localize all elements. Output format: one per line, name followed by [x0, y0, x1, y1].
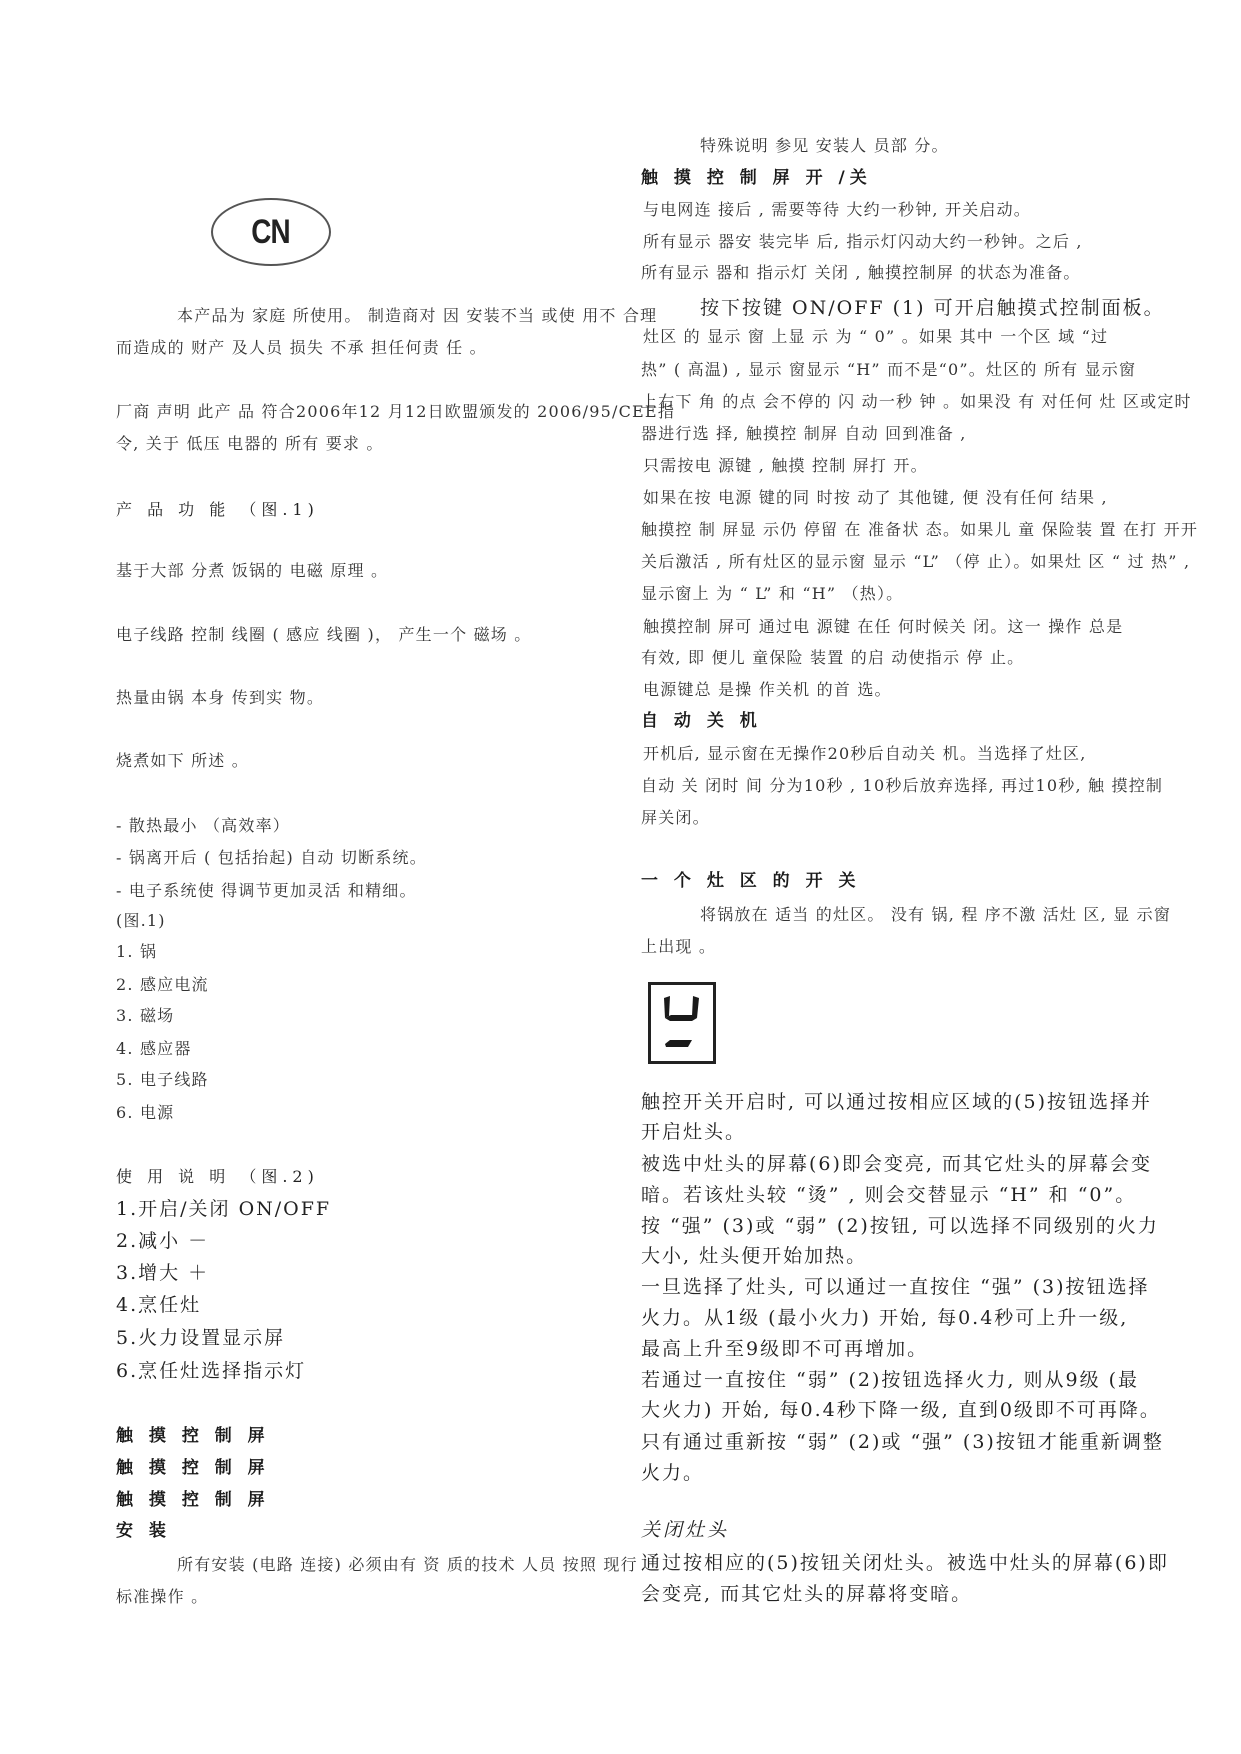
declaration-line-2: 令, 关于 低压 电器的 所有 要求 。	[116, 434, 384, 454]
install-text-line-1: 所有安装 (电路 连接) 必须由有 资 质的技术 人员 按照 现行	[177, 1555, 638, 1575]
features-paragraph-1: 基于大部 分煮 饭锅的 电磁 原理 。	[116, 561, 388, 581]
cn-badge-label: CN	[252, 213, 291, 252]
special-note: 特殊说明 参见 安装人 员部 分。	[700, 136, 949, 156]
press-key-line: 按下按键 ON/OFF (1) 可开启触摸式控制面板。	[700, 296, 1165, 320]
select-line-9: 最高上升至9级即不可再增加。	[641, 1337, 928, 1361]
select-line-6: 大小, 灶头便开始加热。	[641, 1244, 867, 1268]
touch-panel-heading-3: 触 摸 控 制 屏	[116, 1490, 270, 1510]
select-line-7: 一旦选择了灶头, 可以通过一直按住 “强” (3)按钮选择	[641, 1275, 1150, 1299]
close-burner-heading: 关闭灶头	[641, 1520, 729, 1540]
intro-line-1: 本产品为 家庭 所使用。 制造商对 因 安装不当 或使 用不 合理	[177, 306, 657, 326]
display-line-9: 显示窗上 为 “ L” 和 “H” （热）。	[641, 584, 903, 604]
display-line-11: 有效, 即 便儿 童保险 装置 的启 动使指示 停 止。	[641, 648, 1024, 668]
zone-line-1: 将锅放在 适当 的灶区。 没有 锅, 程 序不激 活灶 区, 显 示窗	[700, 905, 1171, 925]
display-line-7: 触摸控 制 屏显 示仍 停留 在 准备状 态。如果儿 童 保险装 置 在打 开开	[641, 520, 1198, 540]
usage-item-3: 3.增大 ＋	[116, 1261, 209, 1285]
onoff-line-3: 所有显示 器和 指示灯 关闭 , 触摸控制屏 的状态为准备。	[641, 263, 1081, 283]
bullet-1: - 散热最小 （高效率）	[116, 816, 290, 836]
pan-absent-display-icon	[648, 982, 716, 1064]
figure1-item-5: 5. 电子线路	[116, 1070, 209, 1090]
declaration-line-1: 厂商 声明 此产 品 符合2006年12 月12日欧盟颁发的 2006/95/C…	[116, 402, 675, 422]
close-line-2: 会变亮, 而其它灶头的屏幕将变暗。	[641, 1582, 972, 1606]
figure1-item-3: 3. 磁场	[116, 1006, 174, 1026]
figure1-label: (图.1)	[116, 911, 166, 931]
bullet-3: - 电子系统使 得调节更加灵活 和精细。	[116, 881, 417, 901]
touch-panel-heading-1: 触 摸 控 制 屏	[116, 1426, 270, 1446]
onoff-line-1: 与电网连 接后 , 需要等待 大约一秒钟, 开关启动。	[643, 200, 1031, 220]
display-line-12: 电源键总 是操 作关机 的首 选。	[643, 680, 892, 700]
figure1-item-1: 1. 锅	[116, 942, 157, 962]
usage-item-6: 6.烹任灶选择指示灯	[116, 1359, 306, 1383]
figure1-item-2: 2. 感应电流	[116, 975, 209, 995]
close-line-1: 通过按相应的(5)按钮关闭灶头。被选中灶头的屏幕(6)即	[641, 1551, 1169, 1575]
select-line-11: 大火力) 开始, 每0.4秒下降一级, 直到0级即不可再降。	[641, 1398, 1161, 1422]
install-text-line-2: 标准操作 。	[116, 1587, 208, 1607]
figure1-item-4: 4. 感应器	[116, 1039, 192, 1059]
features-paragraph-3: 热量由锅 本身 传到实 物。	[116, 688, 324, 708]
select-line-3: 被选中灶头的屏幕(6)即会变亮, 而其它灶头的屏幕会变	[641, 1152, 1152, 1176]
display-line-10: 触摸控制 屏可 通过电 源键 在任 何时候关 闭。这一 操作 总是	[643, 617, 1123, 637]
display-line-6: 如果在按 电源 键的同 时按 动了 其他键, 便 没有任何 结果 ,	[643, 488, 1108, 508]
select-line-10: 若通过一直按住 “弱” (2)按钮选择火力, 则从9级 (最	[641, 1368, 1139, 1392]
auto-off-line-1: 开机后, 显示窗在无操作20秒后自动关 机。当选择了灶区,	[643, 744, 1087, 764]
onoff-heading: 触 摸 控 制 屏 开 /关	[641, 168, 872, 188]
select-line-4: 暗。若该灶头较 “烫” , 则会交替显示 “H” 和 “0”。	[641, 1183, 1136, 1207]
select-line-2: 开启灶头。	[641, 1120, 746, 1144]
features-paragraph-2: 电子线路 控制 线圈 ( 感应 线圈 )， 产生一个 磁场 。	[116, 625, 531, 645]
intro-line-2: 而造成的 财产 及人员 损失 不承 担任何责 任 。	[116, 338, 487, 358]
display-line-1: 灶区 的 显示 窗 上显 示 为 “ 0” 。如果 其中 一个区 域 “过	[643, 327, 1108, 347]
display-line-8: 关后激活 , 所有灶区的显示窗 显示 “L” （停 止）。如果灶 区 “ 过 热…	[641, 552, 1190, 572]
display-line-5: 只需按电 源键 , 触摸 控制 屏打 开。	[643, 456, 928, 476]
features-paragraph-4: 烧煮如下 所述 。	[116, 751, 249, 771]
features-heading: 产 品 功 能 （图.1)	[116, 500, 319, 520]
bullet-2: - 锅离开后 ( 包括抬起) 自动 切断系统。	[116, 848, 427, 868]
display-line-3: 上右下 角 的点 会不停的 闪 动一秒 钟 。如果没 有 对任何 灶 区或定时	[641, 392, 1192, 412]
usage-item-4: 4.烹任灶	[116, 1293, 201, 1317]
display-line-2: 热” ( 高温) , 显示 窗显示 “H” 而不是“0”。灶区的 所有 显示窗	[641, 360, 1136, 380]
select-line-1: 触控开关开启时, 可以通过按相应区域的(5)按钮选择并	[641, 1090, 1152, 1114]
select-line-8: 火力。从1级 (最小火力) 开始, 每0.4秒可上升一级,	[641, 1306, 1128, 1330]
zone-heading: 一 个 灶 区 的 开 关	[641, 871, 861, 891]
usage-item-1: 1.开启/关闭 ON/OFF	[116, 1197, 331, 1221]
select-line-13: 火力。	[641, 1461, 704, 1485]
zone-line-2: 上出现 。	[641, 937, 716, 957]
select-line-12: 只有通过重新按 “弱” (2)或 “强” (3)按钮才能重新调整	[641, 1430, 1164, 1454]
usage-item-2: 2.减小 －	[116, 1229, 209, 1253]
select-line-5: 按 “强” (3)或 “弱” (2)按钮, 可以选择不同级别的火力	[641, 1214, 1159, 1238]
usage-item-5: 5.火力设置显示屏	[116, 1326, 285, 1350]
cn-language-badge: CN	[211, 198, 331, 266]
manual-page: CN 本产品为 家庭 所使用。 制造商对 因 安装不当 或使 用不 合理 而造成…	[0, 0, 1241, 1754]
auto-off-line-2: 自动 关 闭时 间 分为10秒 , 10秒后放弃选择, 再过10秒, 触 摸控制	[641, 776, 1163, 796]
usage-heading: 使 用 说 明 （图.2)	[116, 1167, 319, 1187]
onoff-line-2: 所有显示 器安 装完毕 后, 指示灯闪动大约一秒钟。之后 ,	[643, 232, 1083, 252]
display-line-4: 器进行选 择, 触摸控 制屏 自动 回到准备 ,	[641, 424, 967, 444]
touch-panel-heading-2: 触 摸 控 制 屏	[116, 1458, 270, 1478]
figure1-item-6: 6. 电源	[116, 1103, 174, 1123]
auto-off-line-3: 屏关闭。	[641, 808, 710, 828]
auto-off-heading: 自 动 关 机	[641, 711, 762, 731]
install-heading: 安 装	[116, 1521, 171, 1541]
